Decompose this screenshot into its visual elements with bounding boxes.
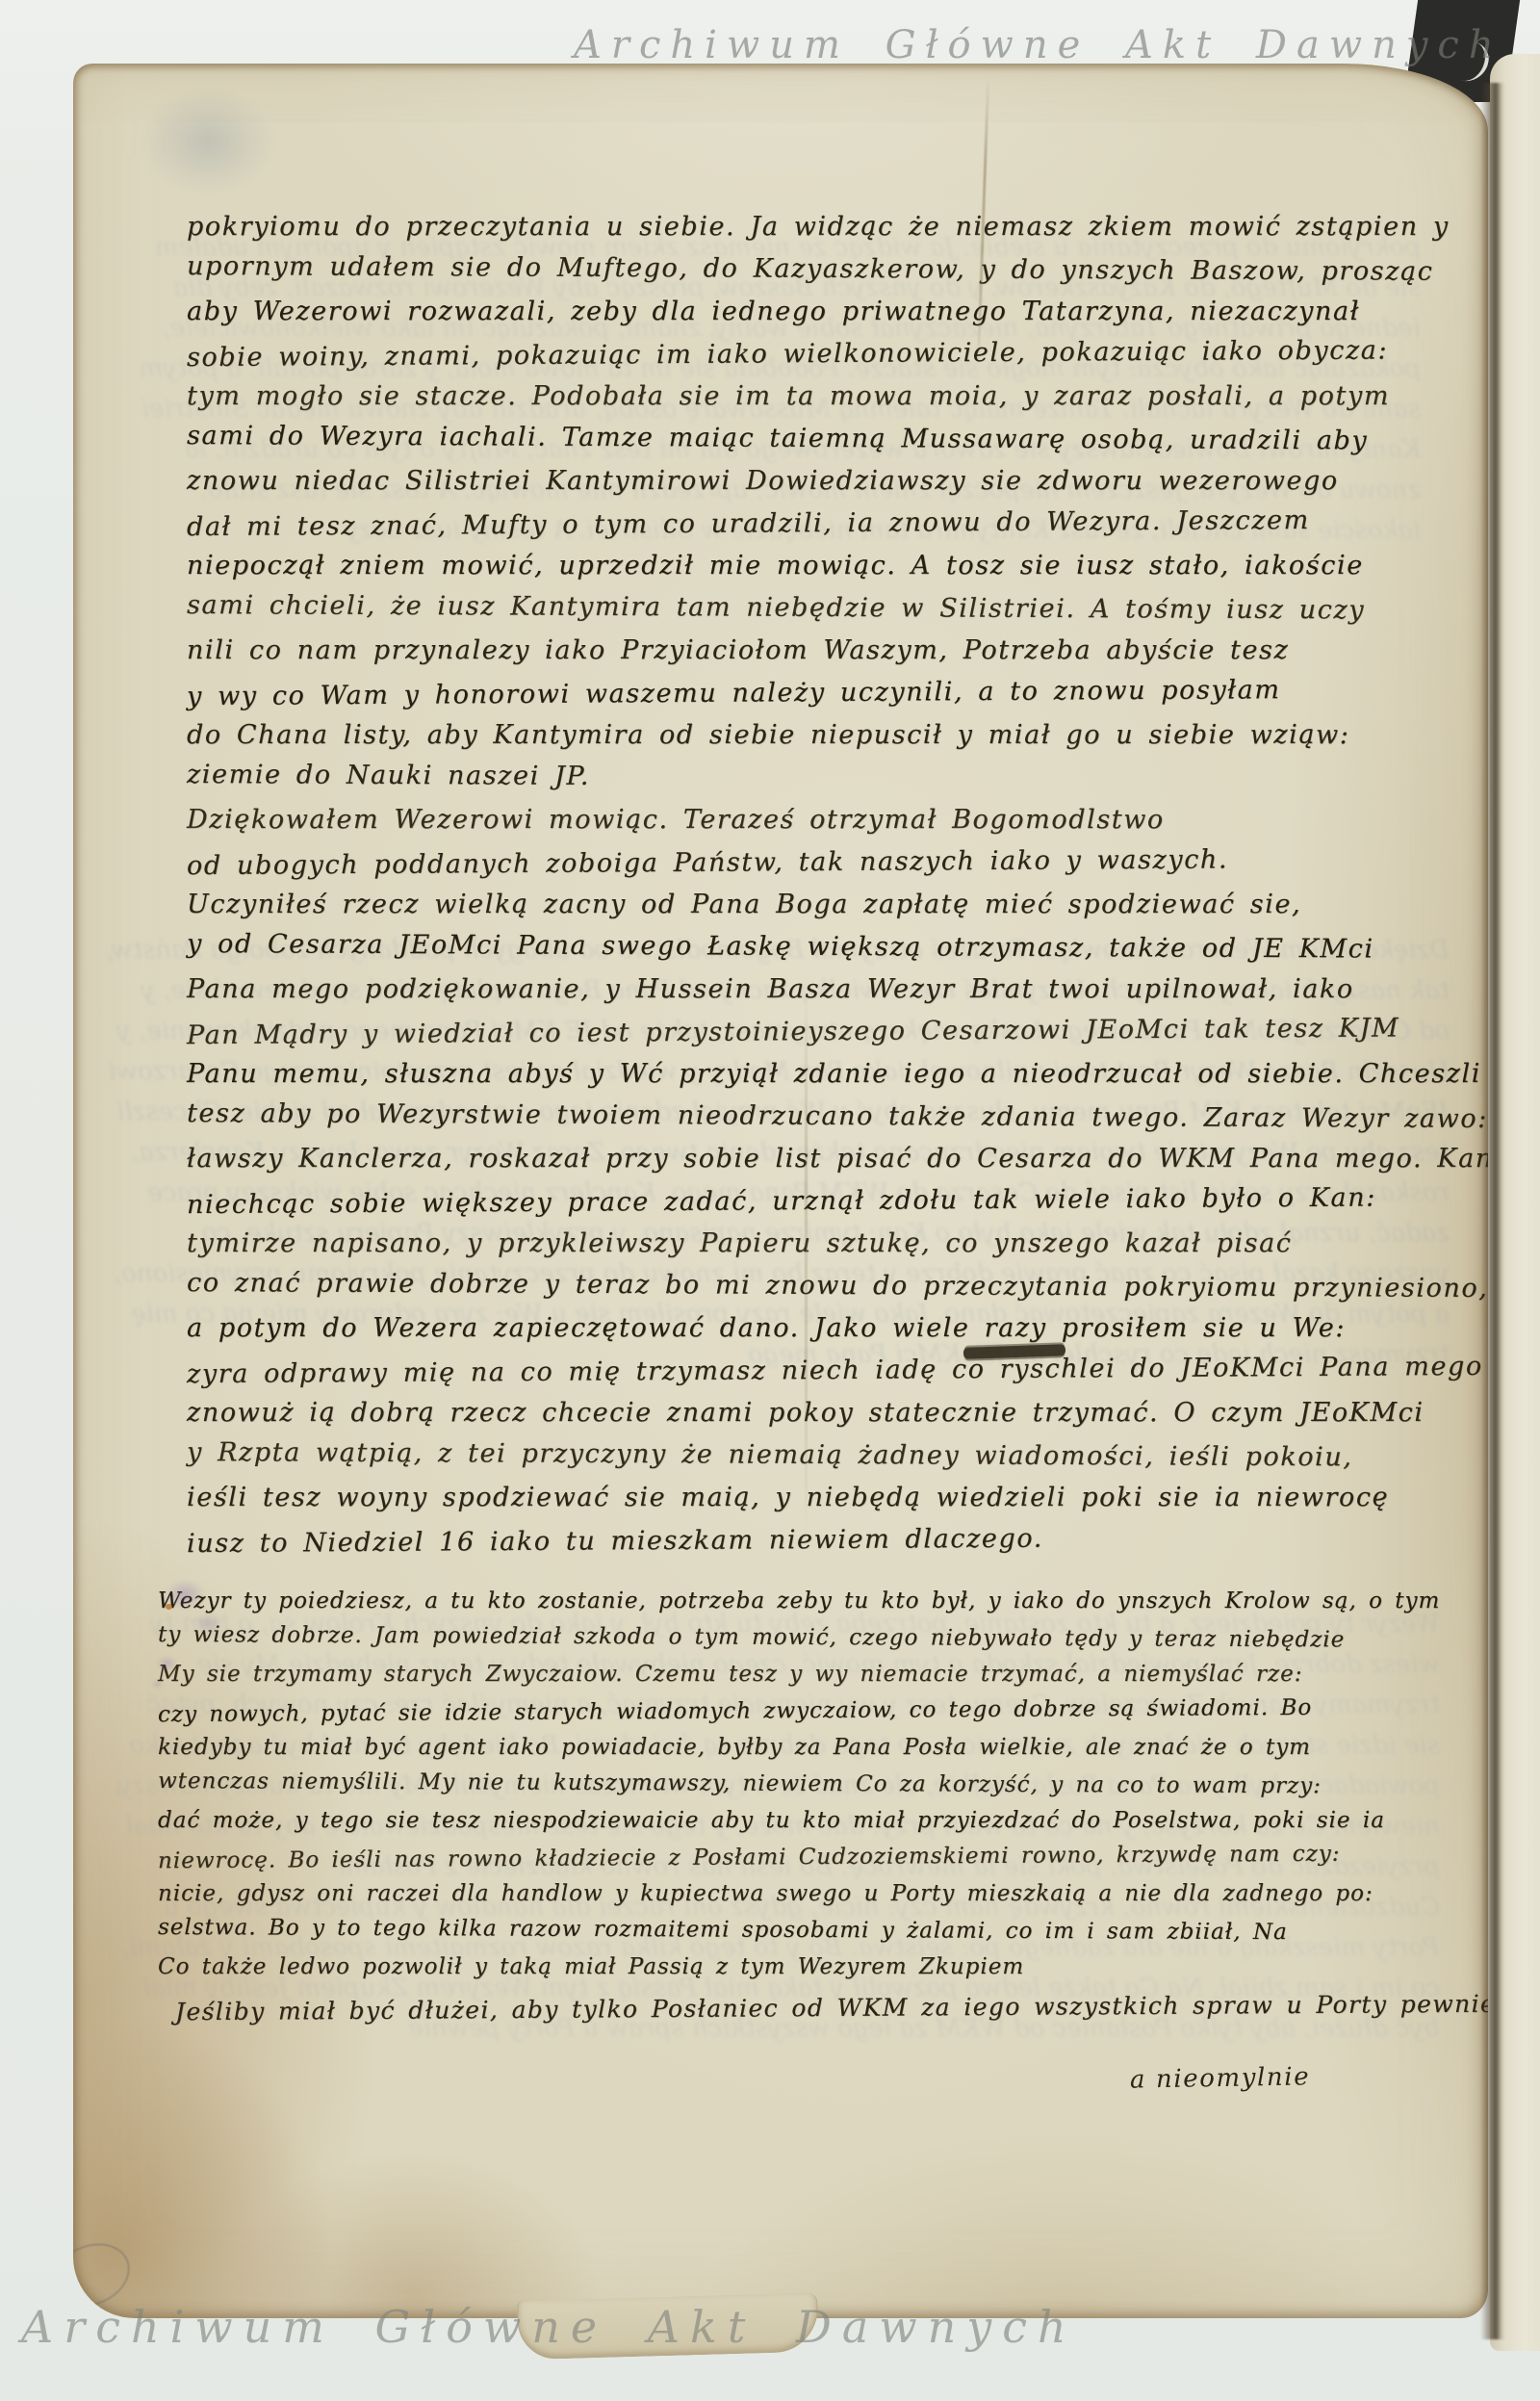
pencil-mark (73, 2233, 140, 2317)
manuscript-line: ławszy Kanclerza, roskazał przy sobie li… (187, 1138, 1481, 1180)
manuscript-line: czy nowych, pytać sie idzie starych wiad… (158, 1689, 1481, 1733)
blue-smudge (141, 89, 275, 194)
manuscript-line: tym mogło sie stacze. Podobała sie im ta… (187, 375, 1481, 418)
manuscript-line: Co także ledwo pozwolił y taką miał Pass… (158, 1949, 1481, 1985)
manuscript-line: nicie, gdysz oni raczei dla handlow y ku… (158, 1875, 1481, 1912)
manuscript-line: y wy co Wam y honorowi waszemu należy uc… (187, 668, 1481, 718)
manuscript-line: zyra odprawy mię na co mię trzymasz niec… (187, 1346, 1481, 1396)
page-bottom-fold (517, 2293, 819, 2361)
manuscript-line: Pan Mądry y wiedział co iest przystoinie… (187, 1007, 1481, 1057)
manuscript-page: pokryiomu do przeczytania u siebie. Ja w… (73, 64, 1488, 2318)
manuscript-line: od ubogych poddanych zoboiga Państw, tak… (187, 838, 1481, 888)
purple-stamp-smudge (148, 1571, 241, 1687)
manuscript-line: upornym udałem sie do Muftego, do Kazyas… (187, 245, 1481, 294)
manuscript-line: iusz to Niedziel 16 iako tu mieszkam nie… (187, 1515, 1481, 1565)
manuscript-line: pokryiomu do przeczytania u siebie. Ja w… (187, 206, 1481, 248)
manuscript-line: selstwa. Bo y to tego kilka razow rozmai… (158, 1909, 1481, 1951)
manuscript-line: a potym do Wezera zapieczętować dano. Ja… (187, 1307, 1481, 1350)
manuscript-line: dać może, y tego sie tesz niespodziewaic… (158, 1802, 1481, 1839)
manuscript-line: Jeśliby miał być dłużei, aby tylko Posła… (175, 1981, 1481, 2035)
page-gap-shadow (1480, 83, 1505, 2339)
manuscript-line: tymirze napisano, y przykleiwszy Papieru… (187, 1223, 1481, 1265)
manuscript-line: ty wiesz dobrze. Jam powiedział szkoda o… (158, 1616, 1481, 1659)
manuscript-line: wtenczas niemyślili. My nie tu kutszymaw… (158, 1763, 1481, 1805)
rust-spot (166, 1604, 172, 1610)
manuscript-text: pokryiomu do przeczytania u siebie. Ja w… (187, 206, 1481, 2031)
manuscript-line: znowuż ią dobrą rzecz chcecie znami poko… (187, 1392, 1481, 1434)
manuscript-line: sami do Wezyra iachali. Tamze maiąc taie… (187, 415, 1481, 463)
manuscript-line: Wezyr ty poiedziesz, a tu kto zostanie, … (158, 1583, 1481, 1619)
manuscript-line: Dziękowałem Wezerowi mowiąc. Teraześ otr… (187, 799, 1481, 841)
manuscript-line: niechcąc sobie większey prace zadać, urz… (187, 1176, 1481, 1226)
manuscript-line: nili co nam przynalezy iako Przyiaciołom… (187, 630, 1481, 672)
manuscript-line: sami chcieli, że iusz Kantymira tam nieb… (187, 584, 1481, 633)
manuscript-line: kiedyby tu miał być agent iako powiadaci… (158, 1729, 1481, 1766)
manuscript-line: ziemie do Nauki naszei JP. (187, 754, 1481, 802)
manuscript-line: niepoczął zniem mowić, uprzedził mie mow… (187, 545, 1481, 587)
manuscript-line: Pana mego podziękowanie, y Hussein Basza… (187, 968, 1481, 1011)
manuscript-line: tesz aby po Wezyrstwie twoiem nieodrzuca… (187, 1093, 1481, 1141)
manuscript-line: dał mi tesz znać, Mufty o tym co uradzil… (187, 499, 1481, 549)
manuscript-line: Panu memu, słuszna abyś y Wć przyiął zda… (187, 1053, 1481, 1096)
manuscript-line: ieśli tesz woyny spodziewać sie maią, y … (187, 1477, 1481, 1519)
manuscript-line: My sie trzymamy starych Zwyczaiow. Czemu… (158, 1656, 1481, 1692)
catchword: a nieomylnie (1130, 2062, 1311, 2094)
paper-crease (805, 988, 808, 1527)
manuscript-line: aby Wezerowi rozwazali, zeby dla iednego… (187, 291, 1481, 333)
manuscript-line: co znać prawie dobrze y teraz bo mi znow… (187, 1262, 1481, 1310)
manuscript-line: do Chana listy, aby Kantymira od siebie … (187, 714, 1481, 757)
manuscript-line: y Rzpta wątpią, z tei przyczyny że niema… (187, 1432, 1481, 1480)
manuscript-line: Uczyniłeś rzecz wielką zacny od Pana Bog… (187, 884, 1481, 926)
archive-watermark-top: Archiwum Główne Akt Dawnych (574, 23, 1503, 67)
manuscript-line: sobie woiny, znami, pokazuiąc im iako wi… (187, 329, 1481, 379)
manuscript-line: znowu niedac Silistriei Kantymirowi Dowi… (187, 460, 1481, 503)
manuscript-line: y od Cesarza JEoMci Pana swego Łaskę wię… (187, 923, 1481, 971)
manuscript-line: niewrocę. Bo ieśli nas rowno kładziecie … (158, 1835, 1481, 1879)
scanned-manuscript: pokryiomu do przeczytania u siebie. Ja w… (0, 0, 1540, 2401)
